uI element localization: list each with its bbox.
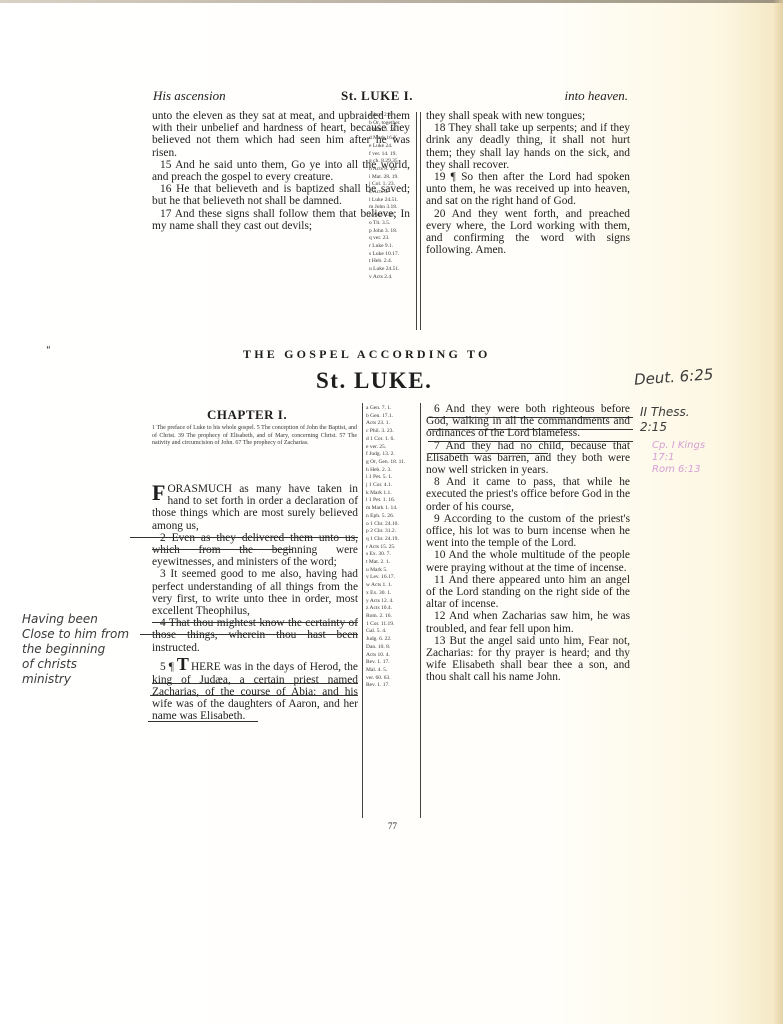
drop-cap: F	[152, 483, 165, 503]
verse: 3 It seemed good to me also, having had …	[152, 568, 358, 617]
verse: 8 And it came to pass, that while he exe…	[426, 476, 630, 513]
verse: 13 But the angel said unto him, Fear not…	[426, 635, 630, 684]
book-title: St. LUKE.	[316, 368, 432, 394]
pen-underline	[140, 634, 358, 635]
verse: 20 And they went forth, and preached eve…	[426, 208, 630, 257]
verse: ORASMUCH as many have taken in hand to s…	[152, 483, 358, 532]
verse: 7 And they had no child, because that El…	[426, 440, 630, 477]
drop-cap: T	[177, 654, 189, 674]
column-rule	[362, 403, 363, 818]
verse: 18 They shall take up serpents; and if t…	[426, 122, 630, 171]
verse-number: 5 ¶	[160, 661, 174, 673]
chapter-summary: 1 The preface of Luke to his whole gospe…	[152, 425, 357, 448]
margin-mark: "	[46, 345, 51, 356]
chapter-right-column: 6 And they were both righteous before Go…	[426, 403, 630, 684]
column-rule	[420, 403, 421, 818]
margin-note-pink: Cp. I Kings 17:1 Rom 6:13	[652, 440, 705, 476]
pen-underline	[150, 695, 358, 696]
page-number: 77	[388, 821, 397, 831]
pen-underline	[130, 537, 358, 538]
pen-underline	[152, 549, 292, 550]
verse: 6 And they were both righteous before Go…	[426, 403, 630, 440]
chapter-cross-references: a Gen. 7. 1.b Gen. 17.1. Acts 23. 1.c Ph…	[366, 405, 418, 690]
page-top-edge	[0, 0, 783, 3]
verse: 10 And the whole multitude of the people…	[426, 549, 630, 573]
verse: 11 And there appeared unto him an angel …	[426, 574, 630, 611]
verse: they shall speak with new tongues;	[426, 110, 630, 122]
running-head-left: His ascension	[153, 88, 226, 104]
margin-note-deut: Deut. 6:25	[633, 365, 713, 388]
pen-underline	[428, 441, 633, 442]
verse: 12 And when Zacharias saw him, he was tr…	[426, 610, 630, 634]
pen-underline	[428, 453, 548, 454]
running-head-center: St. LUKE I.	[341, 88, 413, 104]
pen-underline	[152, 622, 358, 623]
verse: 19 ¶ So then after the Lord had spoken u…	[426, 171, 630, 208]
pen-underline	[152, 683, 358, 684]
gospel-title: THE GOSPEL ACCORDING TO	[243, 347, 491, 362]
margin-note-thess: II Thess. 2:15	[640, 405, 690, 435]
chapter-heading: CHAPTER I.	[207, 407, 287, 423]
running-head: His ascension St. LUKE I. into heaven.	[153, 88, 628, 106]
margin-note-left: Having been Close to him from the beginn…	[22, 612, 152, 687]
verse: 9 According to the custom of the priest'…	[426, 513, 630, 550]
page-right-edge	[773, 0, 783, 1024]
chapter-left-column: FORASMUCH as many have taken in hand to …	[152, 483, 358, 723]
running-head-right: into heaven.	[564, 88, 628, 104]
pen-underline	[428, 429, 633, 430]
top-cross-references: a Acts 2.4.b Or, together.c Mat. 9. 28.d…	[369, 112, 413, 281]
top-right-column: they shall speak with new tongues; 18 Th…	[426, 110, 630, 256]
column-rule	[416, 112, 417, 330]
pen-underline	[148, 721, 258, 722]
column-rule	[420, 112, 421, 330]
pen-underline	[428, 417, 633, 418]
